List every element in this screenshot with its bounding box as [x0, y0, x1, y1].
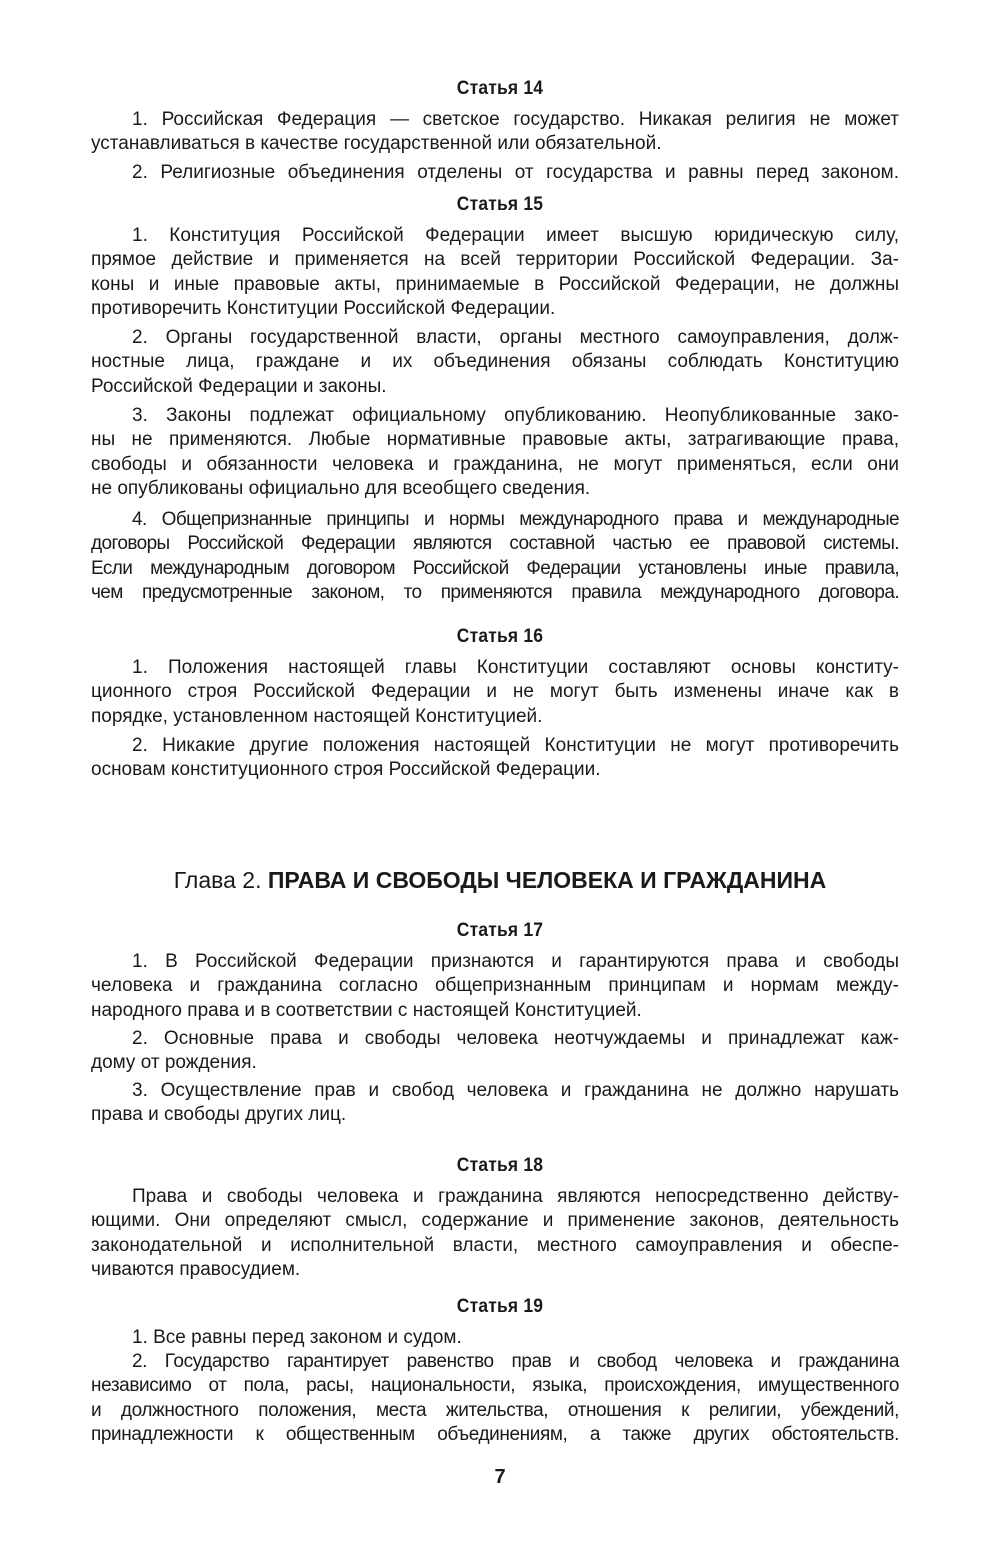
- text-line: народного права и в соответствии с насто…: [91, 999, 899, 1023]
- text-line: Российской Федерации и законы.: [91, 375, 899, 399]
- text-line: ющими. Они определяют смысл, содержание …: [91, 1209, 899, 1233]
- article-17-paragraph-1: 1. В Российской Федерации признаются и г…: [91, 950, 899, 1023]
- text-line: коны и иные правовые акты, принимаемые в…: [91, 273, 899, 297]
- text-line: и должностного положения, места жительст…: [91, 1399, 899, 1423]
- text-line: законодательной и исполнительной власти,…: [91, 1234, 899, 1258]
- text-line: ны не применяются. Любые нормативные пра…: [91, 428, 899, 452]
- text-line: принадлежности к общественным объединени…: [91, 1423, 899, 1447]
- text-line: свободы и обязанности человека и граждан…: [91, 453, 899, 477]
- article-15-paragraph-2: 2. Органы государственной власти, органы…: [91, 326, 899, 399]
- article-18-paragraph-1: Права и свободы человека и гражданина яв…: [91, 1185, 899, 1283]
- text-line: 2. Религиозные объединения отделены от г…: [91, 161, 899, 185]
- text-line: чем предусмотренные законом, то применяю…: [91, 581, 899, 605]
- article-19-paragraph-2: 2. Государство гарантирует равенство пра…: [91, 1350, 899, 1448]
- article-16-paragraph-1: 1. Положения настоящей главы Конституции…: [91, 656, 899, 729]
- article-17-paragraph-2: 2. Основные права и свободы человека нео…: [91, 1027, 899, 1076]
- article-18-title: Статья 18: [40, 1155, 960, 1177]
- article-15-paragraph-3: 3. Законы подлежат официальному опублико…: [91, 404, 899, 502]
- article-15-paragraph-4: 4. Общепризнанные принципы и нормы между…: [91, 508, 899, 606]
- chapter-heading: Глава 2. ПРАВА И СВОБОДЫ ЧЕЛОВЕКА И ГРАЖ…: [0, 867, 1000, 894]
- text-line: устанавливаться в качестве государственн…: [91, 132, 899, 156]
- article-15-title: Статья 15: [40, 194, 960, 216]
- article-15-paragraph-1: 1. Конституция Российской Федерации имее…: [91, 224, 899, 322]
- article-16-title: Статья 16: [40, 626, 960, 648]
- text-line: 3. Осуществление прав и свобод человека …: [91, 1079, 899, 1103]
- text-line: 2. Органы государственной власти, органы…: [91, 326, 899, 350]
- text-line: не опубликованы официально для всеобщего…: [91, 477, 899, 501]
- article-14-title: Статья 14: [40, 78, 960, 100]
- text-line: 2. Государство гарантирует равенство пра…: [91, 1350, 899, 1374]
- text-line: Если международным договором Российской …: [91, 557, 899, 581]
- text-line: чиваются правосудием.: [91, 1258, 899, 1282]
- text-line: 4. Общепризнанные принципы и нормы между…: [91, 508, 899, 532]
- text-line: 1. Все равны перед законом и судом.: [91, 1326, 899, 1350]
- text-line: ностные лица, граждане и их объединения …: [91, 350, 899, 374]
- text-line: независимо от пола, расы, национальности…: [91, 1374, 899, 1398]
- text-line: 2. Никакие другие положения настоящей Ко…: [91, 734, 899, 758]
- text-line: 1. Российская Федерация — светское госуд…: [91, 108, 899, 132]
- article-17-title: Статья 17: [40, 920, 960, 942]
- text-line: противоречить Конституции Российской Фед…: [91, 297, 899, 321]
- text-line: 1. Положения настоящей главы Конституции…: [91, 656, 899, 680]
- text-line: дому от рождения.: [91, 1051, 899, 1075]
- text-line: порядке, установленном настоящей Констит…: [91, 705, 899, 729]
- text-line: права и свободы других лиц.: [91, 1103, 899, 1127]
- article-14-paragraph-2: 2. Религиозные объединения отделены от г…: [91, 161, 899, 185]
- article-19-paragraph-1: 1. Все равны перед законом и судом.: [91, 1326, 899, 1350]
- text-line: 3. Законы подлежат официальному опублико…: [91, 404, 899, 428]
- article-17-paragraph-3: 3. Осуществление прав и свобод человека …: [91, 1079, 899, 1128]
- article-16-paragraph-2: 2. Никакие другие положения настоящей Ко…: [91, 734, 899, 783]
- text-line: договоры Российской Федерации являются с…: [91, 532, 899, 556]
- text-line: основам конституционного строя Российско…: [91, 758, 899, 782]
- chapter-prefix: Глава 2.: [174, 867, 262, 893]
- text-line: 1. В Российской Федерации признаются и г…: [91, 950, 899, 974]
- article-14-paragraph-1: 1. Российская Федерация — светское госуд…: [91, 108, 899, 157]
- page-number: 7: [0, 1466, 1000, 1489]
- article-19-title: Статья 19: [40, 1296, 960, 1318]
- text-line: ционного строя Российской Федерации и не…: [91, 680, 899, 704]
- document-page: Статья 14 1. Российская Федерация — свет…: [0, 0, 1000, 1546]
- text-line: прямое действие и применяется на всей те…: [91, 248, 899, 272]
- text-line: 1. Конституция Российской Федерации имее…: [91, 224, 899, 248]
- text-line: Права и свободы человека и гражданина яв…: [91, 1185, 899, 1209]
- chapter-title: ПРАВА И СВОБОДЫ ЧЕЛОВЕКА И ГРАЖДАНИНА: [268, 867, 826, 893]
- text-line: человека и гражданина согласно общепризн…: [91, 974, 899, 998]
- text-line: 2. Основные права и свободы человека нео…: [91, 1027, 899, 1051]
